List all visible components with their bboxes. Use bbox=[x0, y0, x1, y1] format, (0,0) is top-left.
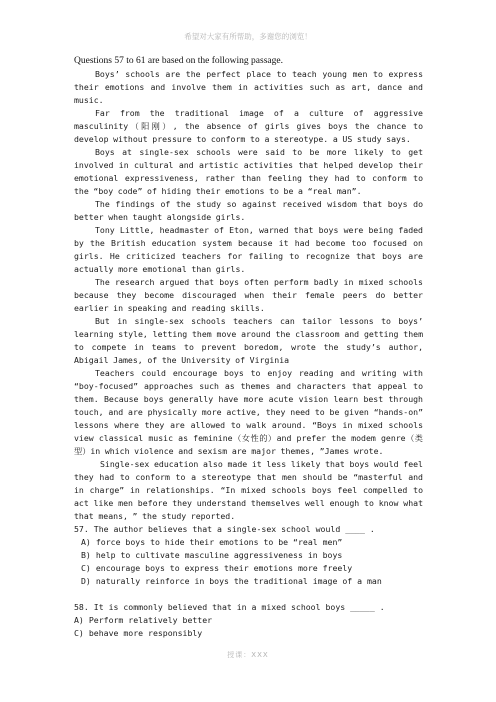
option-text: naturally reinforce in boys the traditio… bbox=[96, 576, 382, 586]
option-label: C) bbox=[74, 628, 84, 638]
option-text: encourage boys to express their emotions… bbox=[96, 563, 352, 573]
option-text: force boys to hide their emotions to be … bbox=[96, 537, 342, 547]
question-57-option-c: C)encourage boys to express their emotio… bbox=[74, 562, 423, 575]
question-58-stem: 58.It is commonly believed that in a mix… bbox=[74, 601, 423, 614]
question-57-stem: 57.The author believes that a single-sex… bbox=[74, 523, 423, 536]
question-58-option-a: A)Perform relatively better bbox=[74, 614, 423, 627]
passage-paragraph: Boys at single-sex schools were said to … bbox=[74, 146, 423, 198]
document-content: Questions 57 to 61 are based on the foll… bbox=[74, 55, 423, 640]
option-label: B) bbox=[81, 550, 91, 560]
passage-paragraph: The research argued that boys often perf… bbox=[74, 276, 423, 315]
question-57-option-d: D)naturally reinforce in boys the tradit… bbox=[74, 575, 423, 588]
question-stem-text: It is commonly believed that in a mixed … bbox=[94, 602, 385, 612]
passage-paragraph: The findings of the study so against rec… bbox=[74, 198, 423, 224]
option-label: C) bbox=[81, 563, 91, 573]
option-text: Perform relatively better bbox=[89, 615, 212, 625]
passage-paragraph: Boys’ schools are the perfect place to t… bbox=[74, 68, 423, 107]
option-text: behave more responsibly bbox=[89, 628, 202, 638]
passage-intro: Questions 57 to 61 are based on the foll… bbox=[74, 55, 423, 68]
option-label: A) bbox=[74, 615, 84, 625]
question-57-option-a: A)force boys to hide their emotions to b… bbox=[74, 536, 423, 549]
passage-paragraph: But in single-sex schools teachers can t… bbox=[74, 315, 423, 367]
passage-paragraph: Teachers could encourage boys to enjoy r… bbox=[74, 367, 423, 458]
passage-body: Boys’ schools are the perfect place to t… bbox=[74, 68, 423, 523]
passage-paragraph: Far from the traditional image of a cult… bbox=[74, 107, 423, 146]
header-note: 希望对大家有所帮助，多谢您的浏览！ bbox=[0, 31, 496, 42]
question-number: 57. bbox=[74, 524, 89, 534]
footer-note: 授课：XXX bbox=[0, 650, 496, 660]
question-58: 58.It is commonly believed that in a mix… bbox=[74, 601, 423, 640]
question-58-option-c: C)behave more responsibly bbox=[74, 627, 423, 640]
question-stem-text: The author believes that a single-sex sc… bbox=[94, 524, 375, 534]
passage-paragraph: Tony Little, headmaster of Eton, warned … bbox=[74, 224, 423, 276]
passage-paragraph: Single-sex education also made it less l… bbox=[74, 458, 423, 523]
option-text: help to cultivate masculine aggressivene… bbox=[96, 550, 342, 560]
question-57: 57.The author believes that a single-sex… bbox=[74, 523, 423, 588]
question-57-option-b: B)help to cultivate masculine aggressive… bbox=[74, 549, 423, 562]
option-label: A) bbox=[81, 537, 91, 547]
option-label: D) bbox=[81, 576, 91, 586]
question-number: 58. bbox=[74, 602, 89, 612]
